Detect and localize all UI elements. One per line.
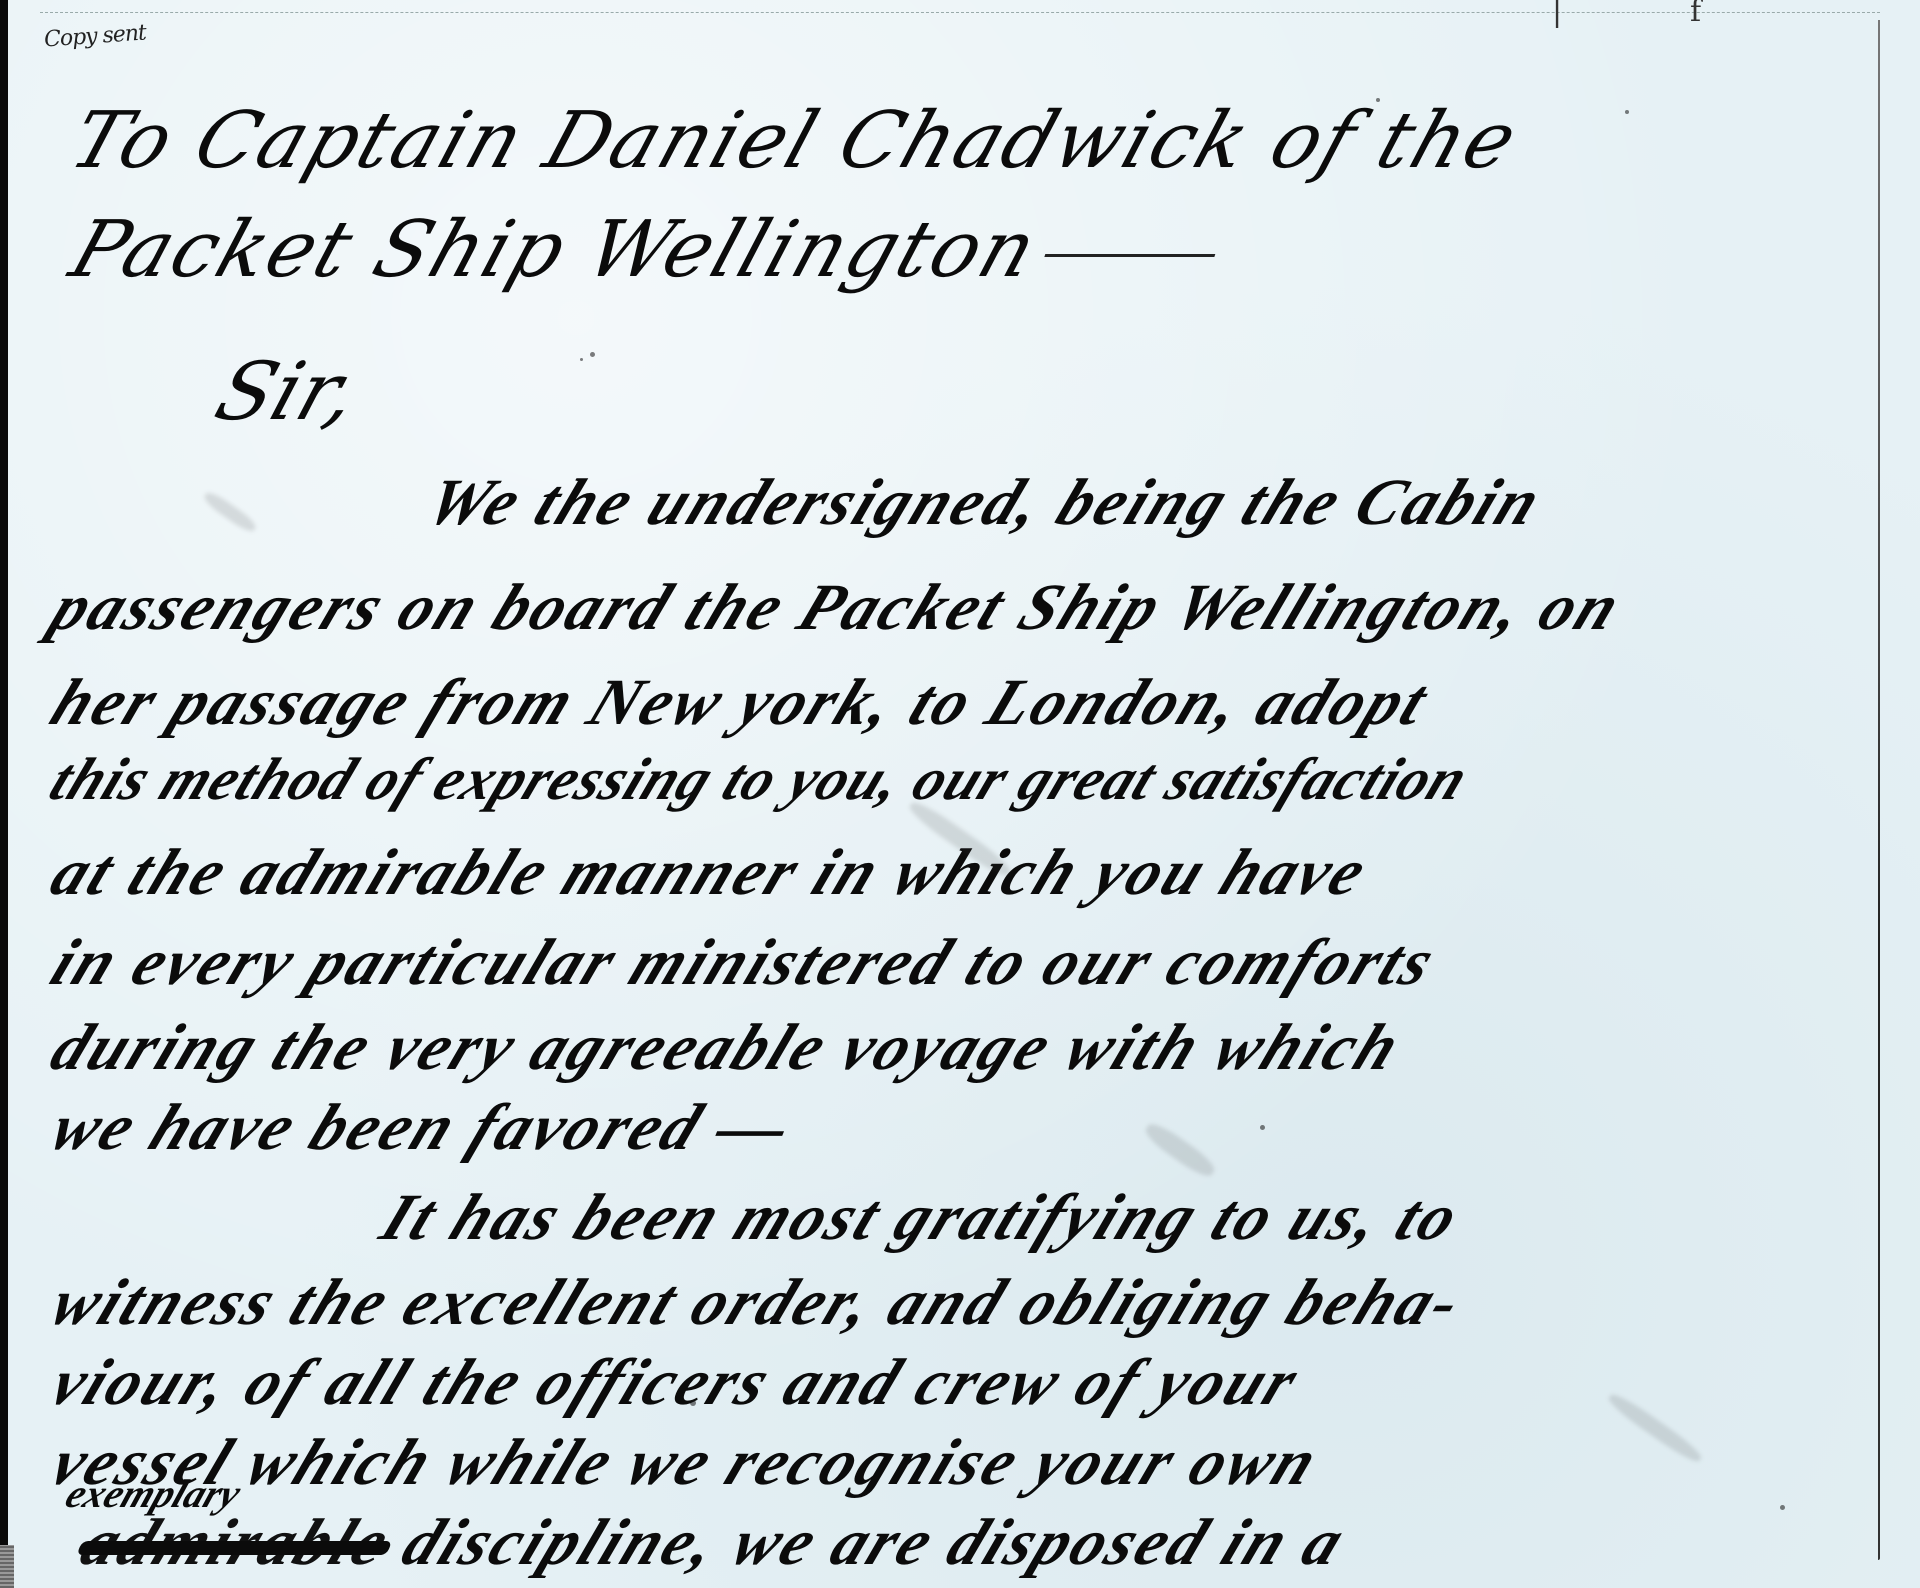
body-line: during the very agreeable voyage with wh… — [40, 1010, 1413, 1086]
salutation: Sir, — [205, 345, 370, 438]
ink-speck — [580, 358, 583, 361]
right-margin-rule — [1878, 20, 1880, 1560]
address-line-2: Packet Ship Wellington — [60, 205, 1231, 295]
ink-speck — [1625, 110, 1629, 114]
corner-annotation: Copy sent — [43, 20, 146, 52]
body-line: viour, of all the officers and crew of y… — [40, 1345, 1311, 1421]
body-line: at the admirable manner in which you hav… — [40, 835, 1380, 911]
scan-edge-notch — [0, 1545, 14, 1588]
address-line-2-text: Packet Ship Wellington — [60, 205, 1049, 295]
body-line-last-text: discipline, we are disposed in a — [392, 1506, 1357, 1579]
toner-smudge — [1605, 1390, 1704, 1466]
ink-speck — [590, 352, 595, 357]
body-line: in every particular ministered to our co… — [40, 925, 1448, 1001]
body-line: this method of expressing to you, our gr… — [40, 745, 1479, 814]
ink-speck — [690, 1400, 696, 1406]
top-fragment-mark: | — [1552, 0, 1562, 29]
scanned-letter-page: | f Copy sent To Captain Daniel Chadwick… — [0, 0, 1920, 1588]
toner-smudge — [1141, 1119, 1218, 1181]
body-line: It has been most gratifying to us, to — [370, 1180, 1473, 1256]
body-line: witness the excellent order, and obligin… — [40, 1265, 1475, 1341]
toner-smudge — [201, 489, 258, 535]
ink-speck — [1376, 98, 1380, 102]
scan-left-border — [0, 0, 8, 1588]
struck-through-word: admirable — [70, 1505, 403, 1581]
address-line-1: To Captain Daniel Chadwick of the — [60, 96, 1529, 186]
ink-speck — [1260, 1125, 1265, 1130]
dash-flourish — [1044, 254, 1215, 257]
body-line: we have been favored — — [40, 1090, 804, 1166]
body-line: her passage from New york, to London, ad… — [40, 665, 1441, 741]
body-line: We the undersigned, being the Cabin — [415, 465, 1554, 541]
body-line: passengers on board the Packet Ship Well… — [40, 570, 1634, 646]
ink-speck — [1780, 1505, 1785, 1510]
top-ruled-line — [40, 12, 1880, 14]
body-line-last: admirable discipline, we are disposed in… — [70, 1505, 1358, 1581]
top-fragment-mark: f — [1690, 0, 1701, 29]
